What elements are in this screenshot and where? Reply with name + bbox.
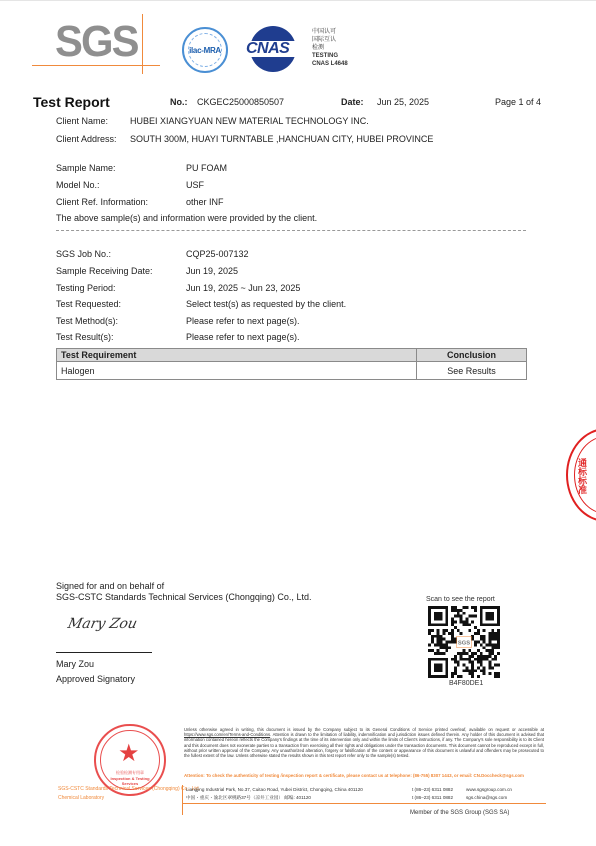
report-no-value: CKGEC25000850507 [197,97,284,107]
address-en: Liangjing Industrial Park, No.37, Cuitao… [186,787,363,792]
receiving-date-value: Jun 19, 2025 [186,266,238,276]
receiving-date-label: Sample Receiving Date: [56,266,153,276]
model-no-value: USF [186,180,204,190]
header-conclusion: Conclusion [417,349,527,362]
table-row: Halogen See Results [57,362,527,380]
test-requirement-table: Test Requirement Conclusion Halogen See … [56,348,527,380]
job-no-label: SGS Job No.: [56,249,111,259]
testing-period-label: Testing Period: [56,283,116,293]
sgs-member-text: Member of the SGS Group (SGS SA) [410,810,509,816]
signatory-name: Mary Zou [56,659,94,669]
qr-caption: Scan to see the report [426,596,495,603]
report-title: Test Report [33,94,110,110]
cnas-text: CNAS [246,40,289,58]
test-requested-value: Select test(s) as requested by the clien… [186,299,346,309]
cnas-en-line: TESTING [312,52,348,60]
test-method-value: Please refer to next page(s). [186,316,300,326]
cnas-cn-line: 检测 [312,44,348,52]
test-result-value: Please refer to next page(s). [186,332,300,342]
cnas-logo: CNAS [244,26,302,72]
sample-note: The above sample(s) and information were… [56,213,317,223]
svg-text:SGS: SGS [458,640,470,646]
signatory-title: Approved Signatory [56,674,135,684]
report-date-value: Jun 25, 2025 [377,97,429,107]
sgs-logo-hline [32,65,160,66]
test-result-label: Test Result(s): [56,332,114,342]
legal-disclaimer: Unless otherwise agreed in writing, this… [184,727,544,758]
report-no-label: No.: [170,97,188,107]
cell-requirement: Halogen [57,362,417,380]
company-seal-stamp: 通标标准 [566,428,596,522]
email-link[interactable]: sgs.china@sgs.com [466,795,507,800]
test-method-label: Test Method(s): [56,316,118,326]
test-requested-label: Test Requested: [56,299,121,309]
report-date-label: Date: [341,97,364,107]
client-address-value: SOUTH 300M, HUAYI TURNTABLE ,HANCHUAN CI… [130,134,433,144]
qr-verification-code: B4F80DE1 [449,680,483,687]
authenticity-notice: Attention: To check the authenticity of … [184,773,544,778]
footer-lab-name: Chemical Laboratory [58,795,104,801]
signature-line [56,652,152,653]
ilac-mra-logo: ilac-MRA [182,27,228,73]
star-icon: ★ [118,742,140,766]
cell-conclusion: See Results [417,362,527,380]
sample-name-label: Sample Name: [56,163,116,173]
section-divider [56,230,526,231]
handwritten-signature: Mary Zou [66,616,138,632]
sample-name-value: PU FOAM [186,163,227,173]
sgs-logo-vline [142,14,143,74]
footer-vline [182,785,183,815]
header-test-requirement: Test Requirement [57,349,417,362]
client-name-label: Client Name: [56,116,108,126]
phone-1: t (86–23) 6311 0882 [412,787,453,792]
ilac-mra-text: ilac-MRA [189,46,221,55]
test-report-page: SGS ilac-MRA CNAS 中国认可 国际互认 检测 TESTING C… [0,0,596,846]
cnas-cn-line: 国际互认 [312,36,348,44]
footer-company-name: SGS-CSTC Standards Technical Services (C… [58,786,200,792]
job-no-value: CQP25-007132 [186,249,249,259]
client-address-label: Client Address: [56,134,117,144]
sgs-logo: SGS [55,20,138,64]
qr-code-icon[interactable]: SGS [428,606,500,678]
cnas-accreditation-text: 中国认可 国际互认 检测 TESTING CNAS L4648 [312,28,348,68]
table-header-row: Test Requirement Conclusion [57,349,527,362]
client-name-value: HUBEI XIANGYUAN NEW MATERIAL TECHNOLOGY … [130,116,369,126]
signed-on-behalf-line: Signed for and on behalf of [56,581,164,591]
client-ref-value: other INF [186,197,224,207]
signing-company: SGS-CSTC Standards Technical Services (C… [56,592,311,602]
client-ref-label: Client Ref. Information: [56,197,148,207]
model-no-label: Model No.: [56,180,100,190]
page-number: Page 1 of 4 [495,97,541,107]
seal-text: 通标标准 [576,458,589,494]
cnas-en-line: CNAS L4648 [312,60,348,68]
address-cn: 中国・重庆・渝北区翠桃路37号（凉井工业园） 邮编: 401120 [186,795,311,801]
cnas-cn-line: 中国认可 [312,28,348,36]
website-link[interactable]: www.sgsgroup.com.cn [466,787,512,792]
seal-en-text: Inspection & Testing Services [104,776,156,786]
testing-period-value: Jun 19, 2025 ~ Jun 23, 2025 [186,283,300,293]
phone-2: t (86–23) 6311 0882 [412,795,453,800]
top-border [0,0,596,1]
footer-hline [182,803,546,804]
